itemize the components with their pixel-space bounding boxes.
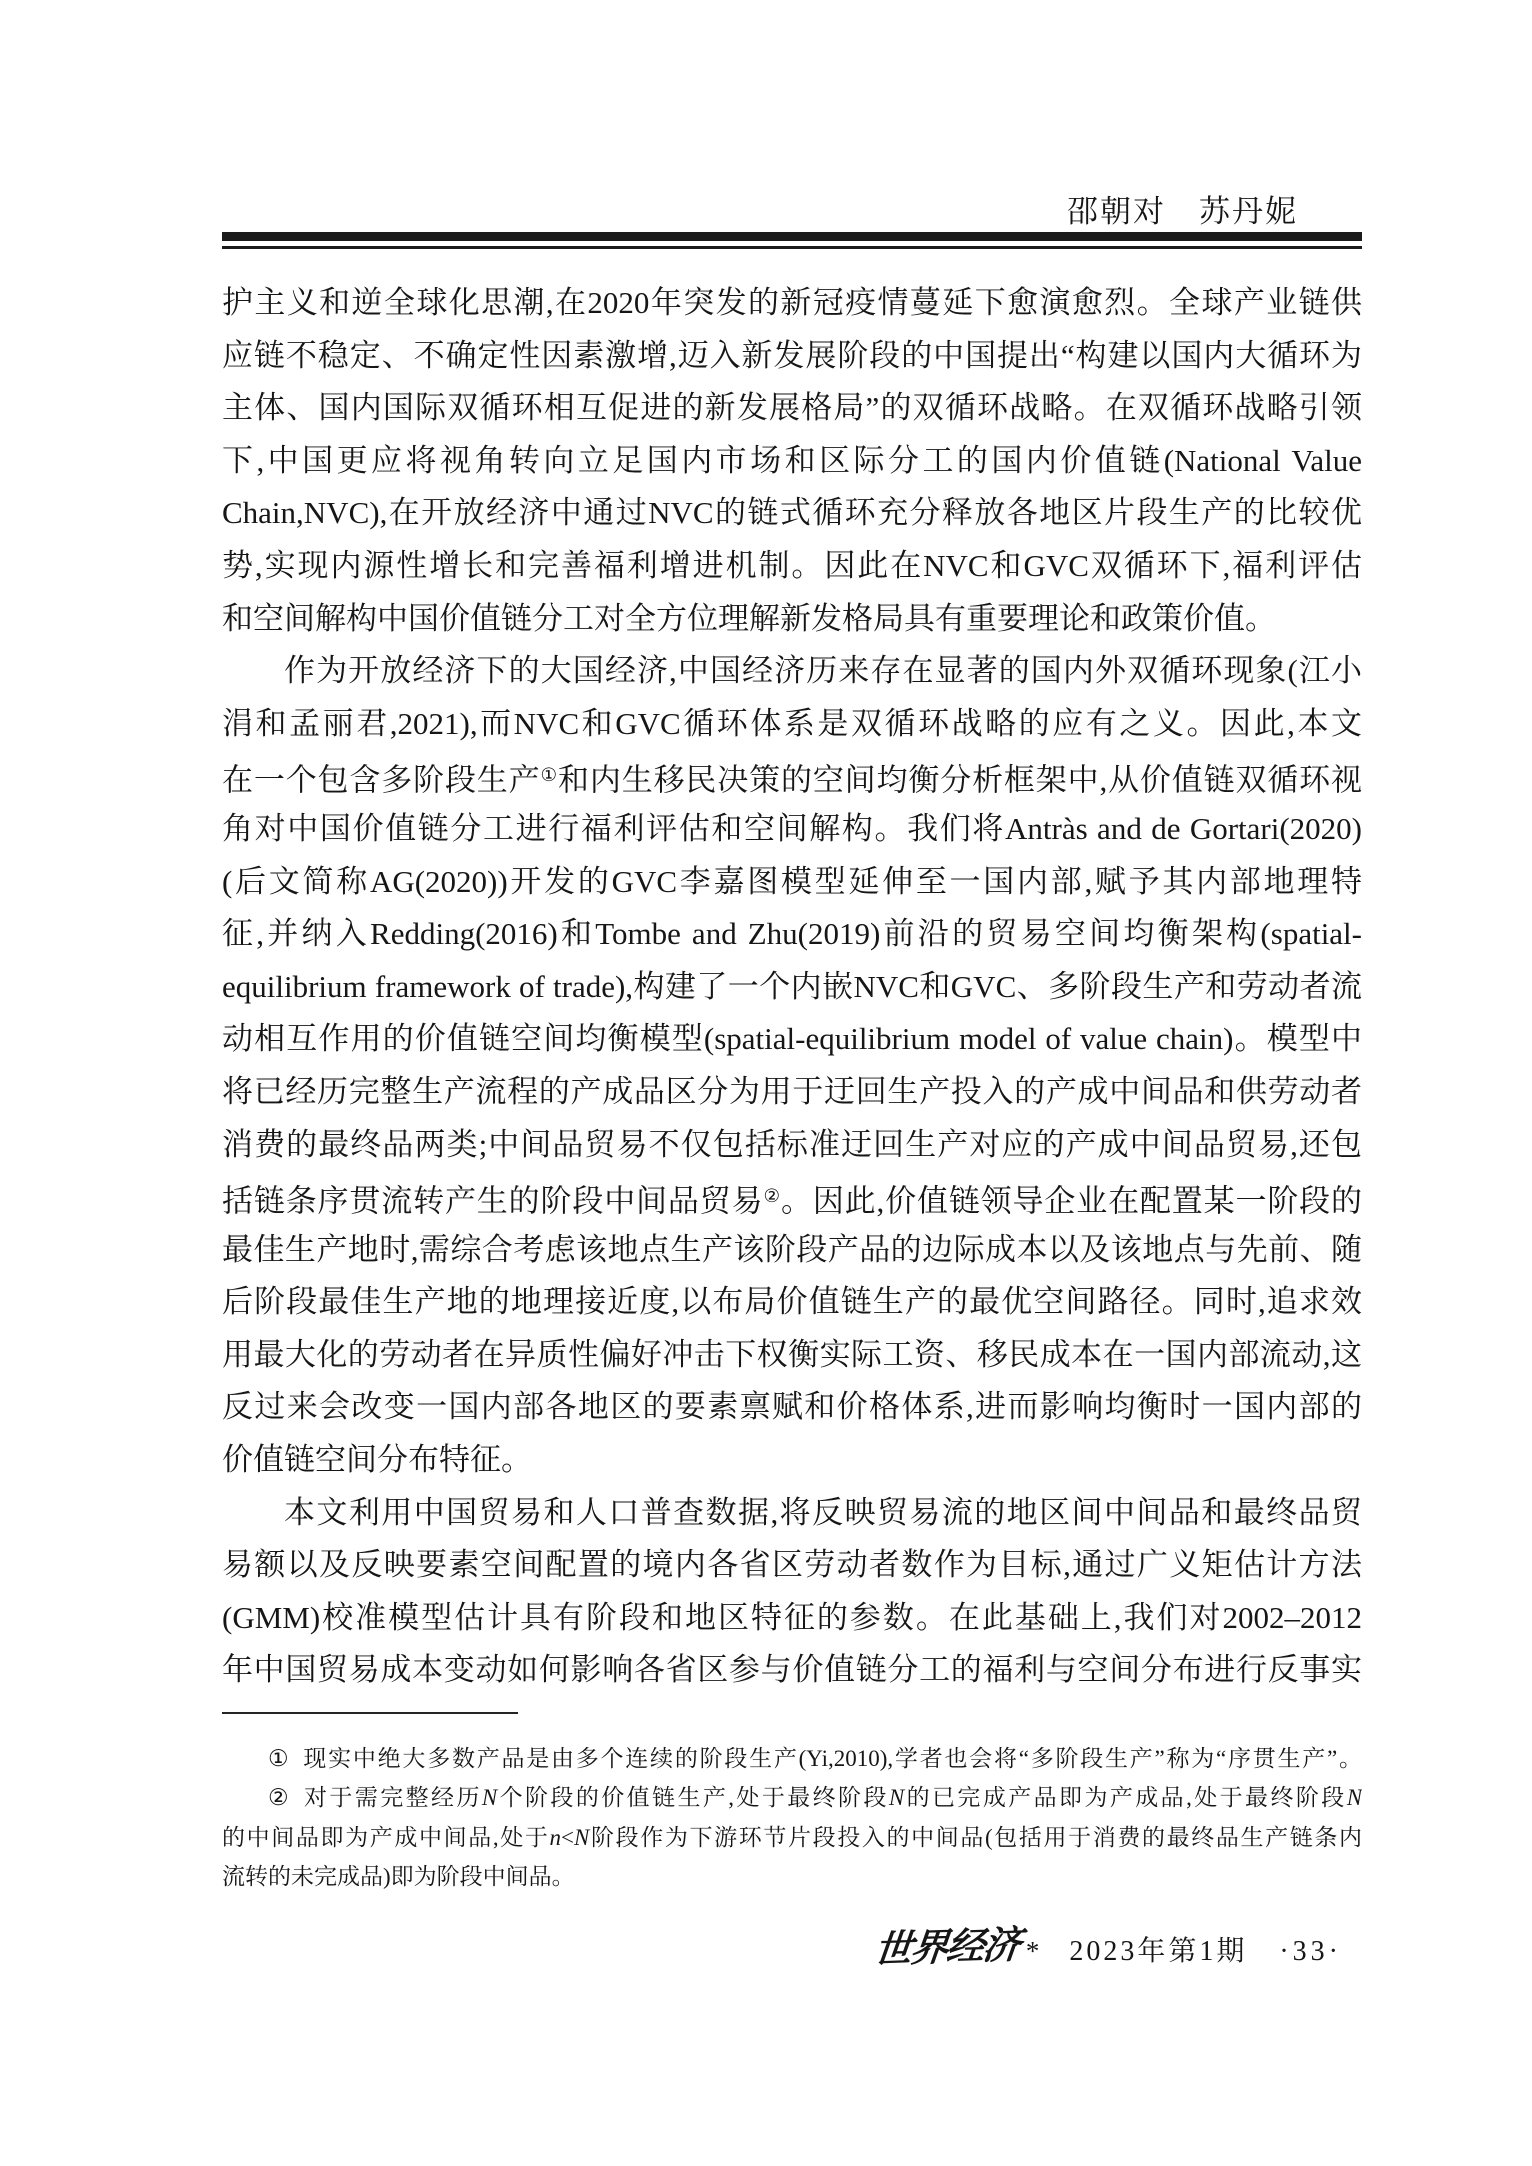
italic-variable: N xyxy=(889,1785,904,1810)
header-rule-thick xyxy=(222,232,1362,241)
body-line: 括链条序贯流转产生的阶段中间品贸易②。因此,价值链领导企业在配置某一阶段的 xyxy=(222,1171,1362,1224)
body-line: 反过来会改变一国内部各地区的要素禀赋和价格体系,进而影响均衡时一国内部的 xyxy=(222,1381,1362,1434)
body-line: 价值链空间分布特征。 xyxy=(222,1434,1362,1487)
body-line: Chain,NVC),在开放经济中通过NVC的链式循环充分释放各地区片段生产的比… xyxy=(222,487,1362,540)
footnote-line: 流转的未完成品)即为阶段中间品。 xyxy=(222,1857,1362,1896)
header-authors: 邵朝对 苏丹妮 xyxy=(222,186,1362,231)
body-line: 用最大化的劳动者在异质性偏好冲击下权衡实际工资、移民成本在一国内部流动,这 xyxy=(222,1329,1362,1382)
page-number: ·33· xyxy=(1279,1936,1342,1968)
body-line: 动相互作用的价值链空间均衡模型(spatial-equilibrium mode… xyxy=(222,1013,1362,1066)
footnote-marker: ① xyxy=(268,1746,290,1771)
body-line: 作为开放经济下的大国经济,中国经济历来存在显著的国内外双循环现象(江小 xyxy=(222,645,1362,698)
body-line: 易额以及反映要素空间配置的境内各省区劳动者数作为目标,通过广义矩估计方法 xyxy=(222,1539,1362,1592)
body-line: 将已经历完整生产流程的产成品区分为用于迂回生产投入的产成中间品和供劳动者 xyxy=(222,1066,1362,1119)
body-line: 本文利用中国贸易和人口普查数据,将反映贸易流的地区间中间品和最终品贸 xyxy=(222,1487,1362,1540)
body-line: 势,实现内源性增长和完善福利增进机制。因此在NVC和GVC双循环下,福利评估 xyxy=(222,540,1362,593)
footnote-ref-superscript: ① xyxy=(541,765,559,786)
body-line: (后文简称AG(2020))开发的GVC李嘉图模型延伸至一国内部,赋予其内部地理… xyxy=(222,856,1362,909)
body-line: equilibrium framework of trade),构建了一个内嵌N… xyxy=(222,961,1362,1014)
body-line: 在一个包含多阶段生产①和内生移民决策的空间均衡分析框架中,从价值链双循环视 xyxy=(222,750,1362,803)
body-line: 消费的最终品两类;中间品贸易不仅包括标准迂回生产对应的产成中间品贸易,还包 xyxy=(222,1119,1362,1172)
body-line: 征,并纳入Redding(2016)和Tombe and Zhu(2019)前沿… xyxy=(222,908,1362,961)
footnote-ref-superscript: ② xyxy=(763,1186,781,1207)
body-line: 年中国贸易成本变动如何影响各省区参与价值链分工的福利与空间分布进行反事实 xyxy=(222,1644,1362,1697)
body-line: 角对中国价值链分工进行福利评估和空间解构。我们将Antràs and de Go… xyxy=(222,803,1362,856)
italic-variable: N xyxy=(1347,1785,1362,1810)
body-line: 涓和孟丽君,2021),而NVC和GVC循环体系是双循环战略的应有之义。因此,本… xyxy=(222,698,1362,751)
footnote-marker: ② xyxy=(268,1785,291,1810)
body-line: 应链不稳定、不确定性因素激增,迈入新发展阶段的中国提出“构建以国内大循环为 xyxy=(222,330,1362,383)
footnotes: ①现实中绝大多数产品是由多个连续的阶段生产(Yi,2010),学者也会将“多阶段… xyxy=(222,1739,1362,1896)
body-line: 后阶段最佳生产地的地理接近度,以布局价值链生产的最优空间路径。同时,追求效 xyxy=(222,1276,1362,1329)
body-line: 护主义和逆全球化思潮,在2020年突发的新冠疫情蔓延下愈演愈烈。全球产业链供 xyxy=(222,277,1362,330)
body-line: 和空间解构中国价值链分工对全方位理解新发格局具有重要理论和政策价值。 xyxy=(222,593,1362,646)
italic-variable: n xyxy=(550,1825,562,1850)
scanned-paper-page: 邵朝对 苏丹妮 护主义和逆全球化思潮,在2020年突发的新冠疫情蔓延下愈演愈烈。… xyxy=(0,0,1532,2166)
body-line: 下,中国更应将视角转向立足国内市场和区际分工的国内价值链(National Va… xyxy=(222,435,1362,488)
body-line: 主体、国内国际双循环相互促进的新发展格局”的双循环战略。在双循环战略引领 xyxy=(222,382,1362,435)
body-line: 最佳生产地时,需综合考虑该地点生产该阶段产品的边际成本以及该地点与先前、随 xyxy=(222,1224,1362,1277)
footnote-line: 的中间品即为产成中间品,处于n<N阶段作为下游环节片段投入的中间品(包括用于消费… xyxy=(222,1818,1362,1857)
journal-logo: 世界经济 xyxy=(872,1914,1022,1974)
article-body: 护主义和逆全球化思潮,在2020年突发的新冠疫情蔓延下愈演愈烈。全球产业链供应链… xyxy=(222,277,1362,1697)
journal-star: * xyxy=(1026,1936,1040,1967)
italic-variable: N xyxy=(482,1785,497,1810)
italic-variable: N xyxy=(574,1825,589,1850)
footnote-line: ①现实中绝大多数产品是由多个连续的阶段生产(Yi,2010),学者也会将“多阶段… xyxy=(222,1739,1362,1778)
page-footer: 世界经济 * 2023年第1期 ·33· xyxy=(222,1916,1362,1971)
body-line: (GMM)校准模型估计具有阶段和地区特征的参数。在此基础上,我们对2002–20… xyxy=(222,1592,1362,1645)
header-rule-thin xyxy=(222,246,1362,249)
footnote-line: ②对于需完整经历N个阶段的价值链生产,处于最终阶段N的已完成产品即为产成品,处于… xyxy=(222,1778,1362,1817)
issue-label: 2023年第1期 xyxy=(1069,1929,1247,1969)
footnote-separator xyxy=(222,1712,518,1714)
